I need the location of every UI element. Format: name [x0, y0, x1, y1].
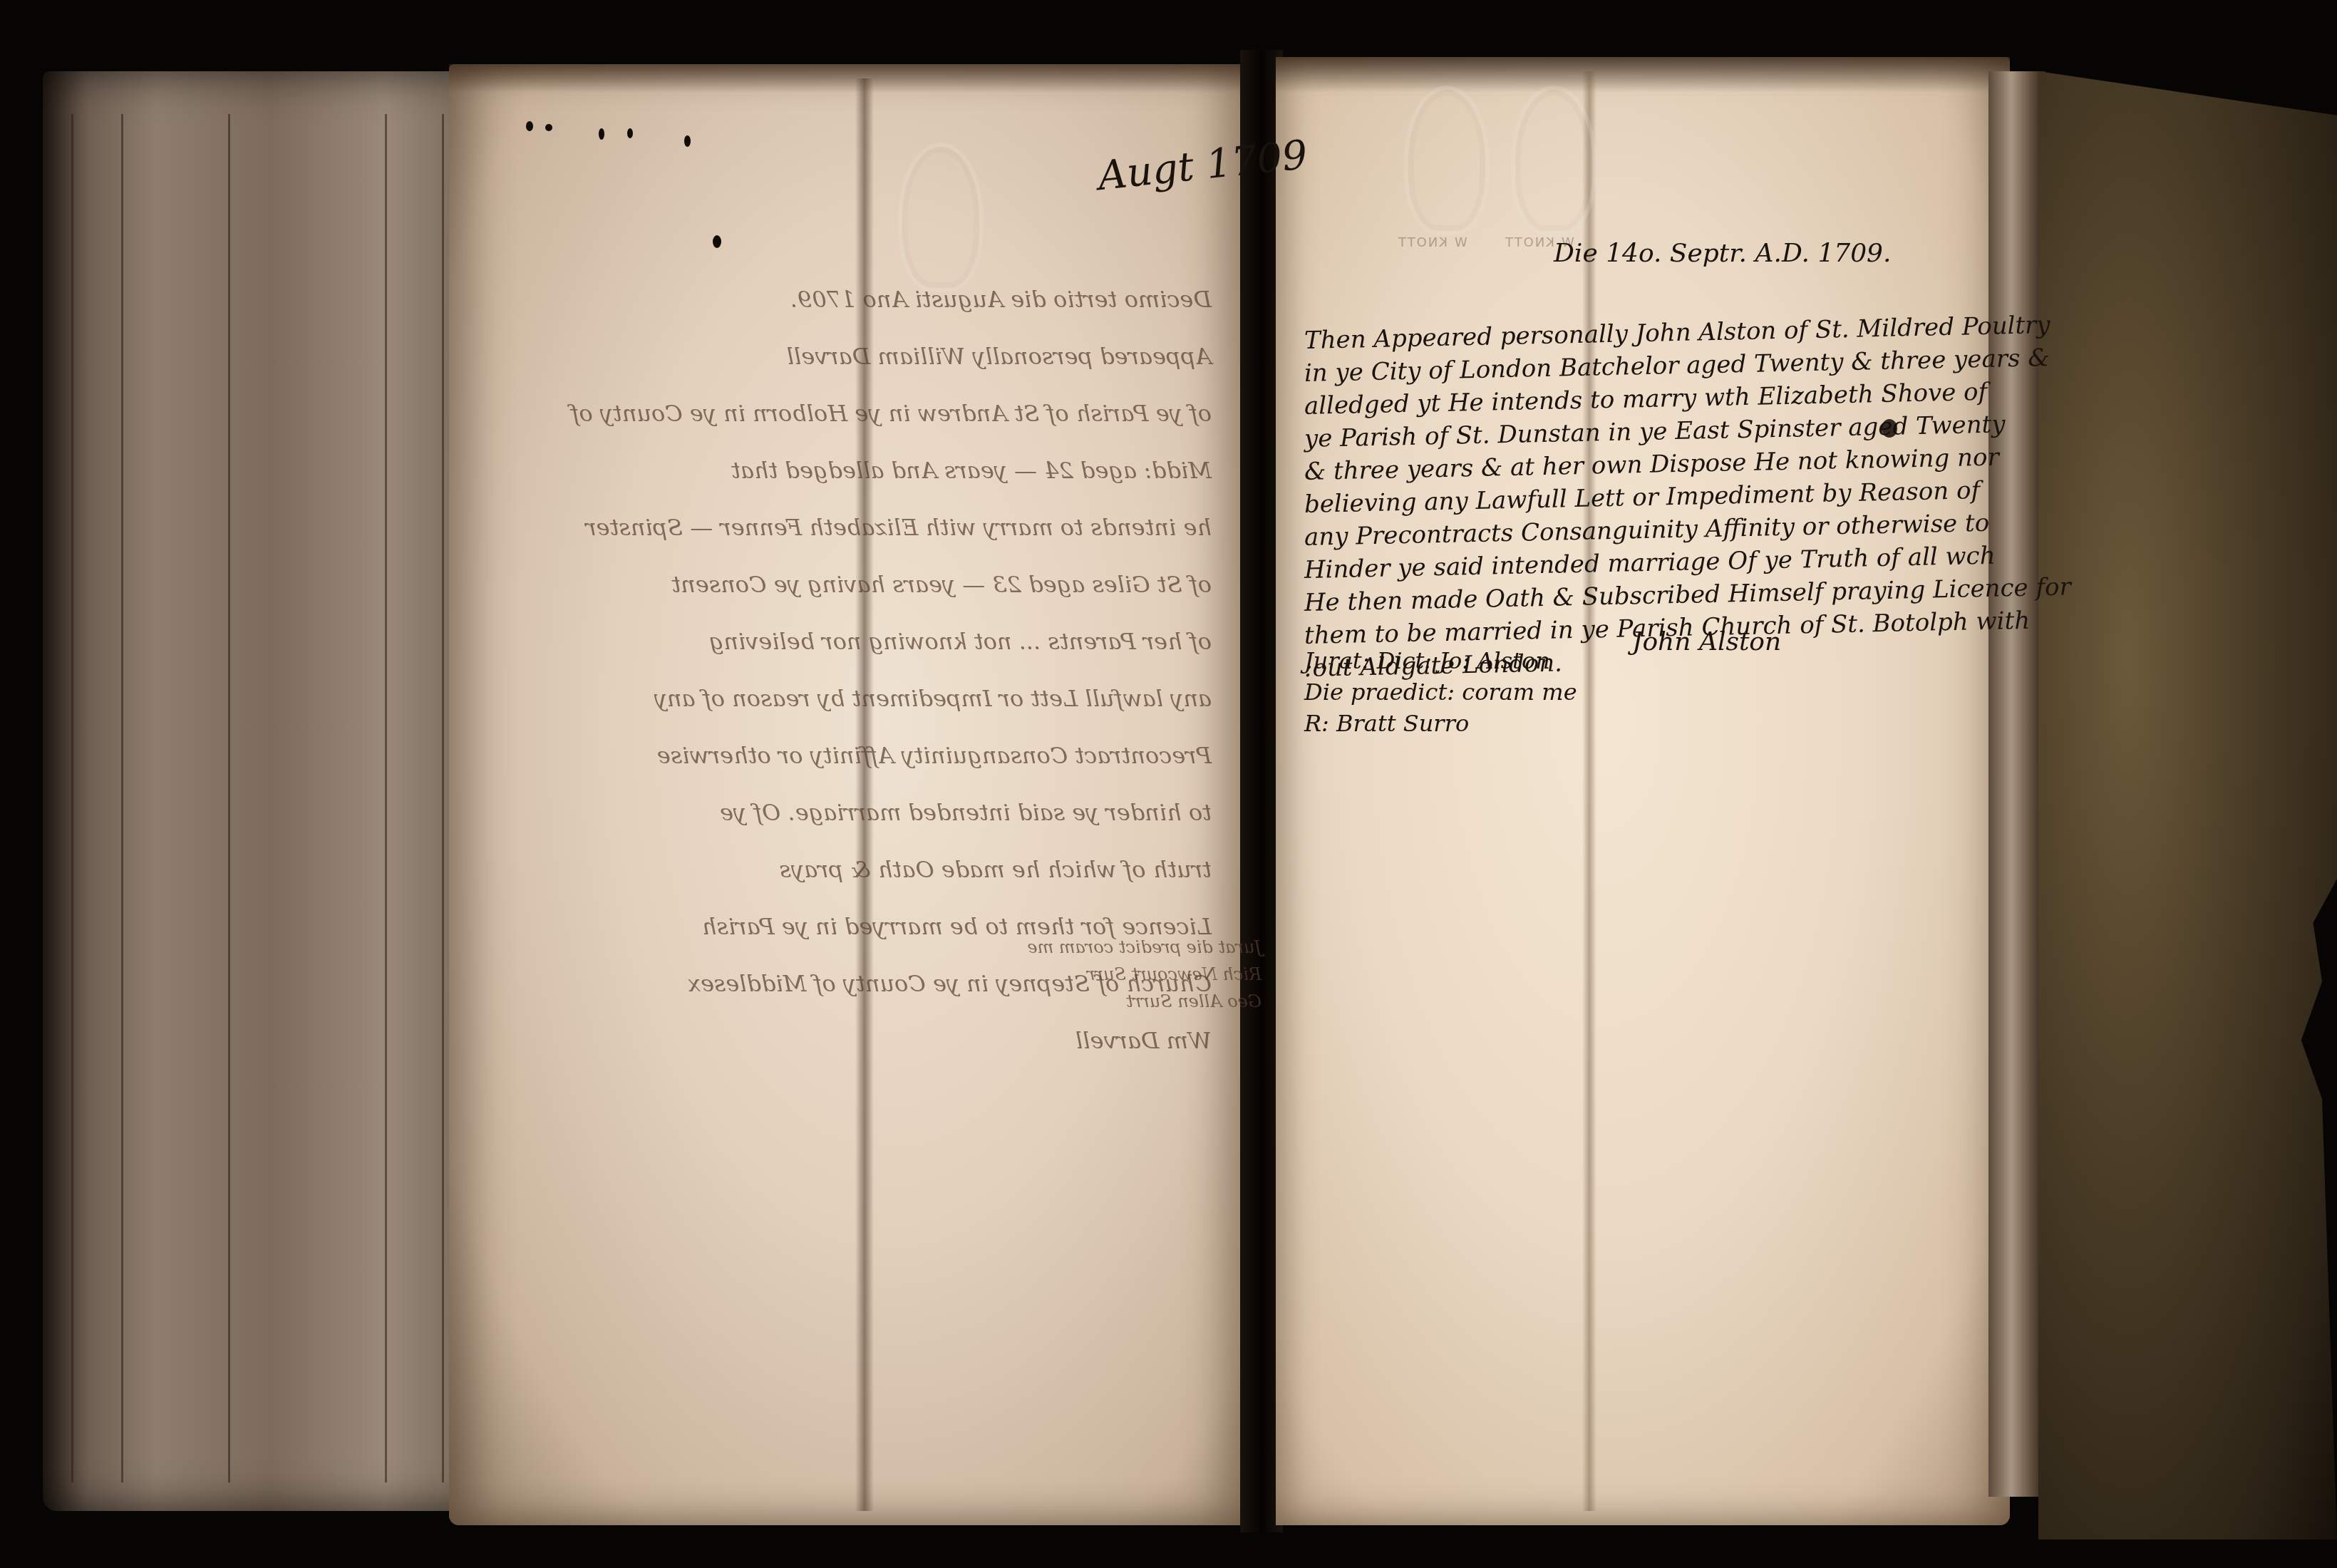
- page-fold: [1582, 71, 1596, 1511]
- embossed-stamp-icon: [1511, 86, 1596, 235]
- offset-footnote-line: Jurat die predict coram me: [927, 934, 1262, 961]
- jurat-line: R: Bratt Surro: [1304, 708, 1577, 739]
- sheet-edge: [385, 114, 387, 1482]
- ink-spot: [713, 235, 721, 248]
- ink-spot: [627, 128, 633, 138]
- sheet-edge: [71, 114, 73, 1482]
- mirrored-footnote: Jurat die predict coram me Rich Newcourt…: [927, 934, 1262, 1015]
- offset-line: Precontract Consanguinity Affinity or ot…: [499, 727, 1212, 784]
- offset-line: he intends to marry with Elizabeth Fenne…: [499, 499, 1212, 556]
- page-top-edge: [1276, 57, 2010, 93]
- offset-line: of her Parents ... not knowing nor belie…: [499, 613, 1212, 670]
- ink-blot: [1882, 419, 1897, 438]
- stamp-caption: W KNOTT: [1397, 235, 1467, 250]
- embossed-stamp-icon: [898, 143, 984, 292]
- offset-line: to hinder ye said intended marriage. Of …: [499, 784, 1212, 841]
- offset-line: truth of which he made Oath & prays: [499, 841, 1212, 898]
- signature-john-alston: John Alston: [1632, 627, 1781, 656]
- offset-line: of St Giles aged 23 — years having ye Co…: [499, 556, 1212, 613]
- leather-cover: [2038, 71, 2337, 1539]
- offset-line: any lawfull Lett or Impediment by reason…: [499, 670, 1212, 727]
- offset-line: of ye Parish of St Andrew in ye Holborn …: [499, 385, 1212, 442]
- sheet-edge: [442, 114, 444, 1482]
- sheet-edge: [121, 114, 123, 1482]
- page-top-edge: [449, 64, 1247, 93]
- book-photograph: W KNOTT W KNOTT Augt 1709 Decimo tertio …: [0, 0, 2337, 1568]
- ink-spot: [526, 121, 533, 131]
- ink-spot: [684, 135, 691, 147]
- jurat-block: Jurat: Dict: Jo: Alston Die praedict: co…: [1304, 645, 1577, 739]
- embossed-stamp-icon: [1404, 86, 1490, 235]
- offset-line: Wm Darvell: [499, 1012, 1212, 1069]
- jurat-line: Jurat: Dict: Jo: Alston: [1304, 645, 1577, 676]
- ink-spot: [545, 124, 552, 131]
- right-page-date: Die 14o. Septr. A.D. 1709.: [1554, 239, 1891, 268]
- offset-line: Decimo tertio die Augusti Ano 1709.: [499, 271, 1212, 328]
- offset-line: Midd: aged 24 — years And alledged that: [499, 442, 1212, 499]
- sheet-edge: [228, 114, 230, 1482]
- offset-line: Appeared personally William Darvell: [499, 328, 1212, 385]
- left-page-stack: [43, 71, 499, 1511]
- offset-footnote-line: Rich Newcourt Surr: [927, 961, 1262, 988]
- offset-footnote-line: Geo Allen Surrt: [927, 988, 1262, 1015]
- ink-spot: [599, 128, 604, 140]
- right-page-stack: [1988, 71, 2045, 1497]
- right-page: W KNOTT W KNOTT: [1276, 57, 2010, 1525]
- jurat-line: Die praedict: coram me: [1304, 676, 1577, 708]
